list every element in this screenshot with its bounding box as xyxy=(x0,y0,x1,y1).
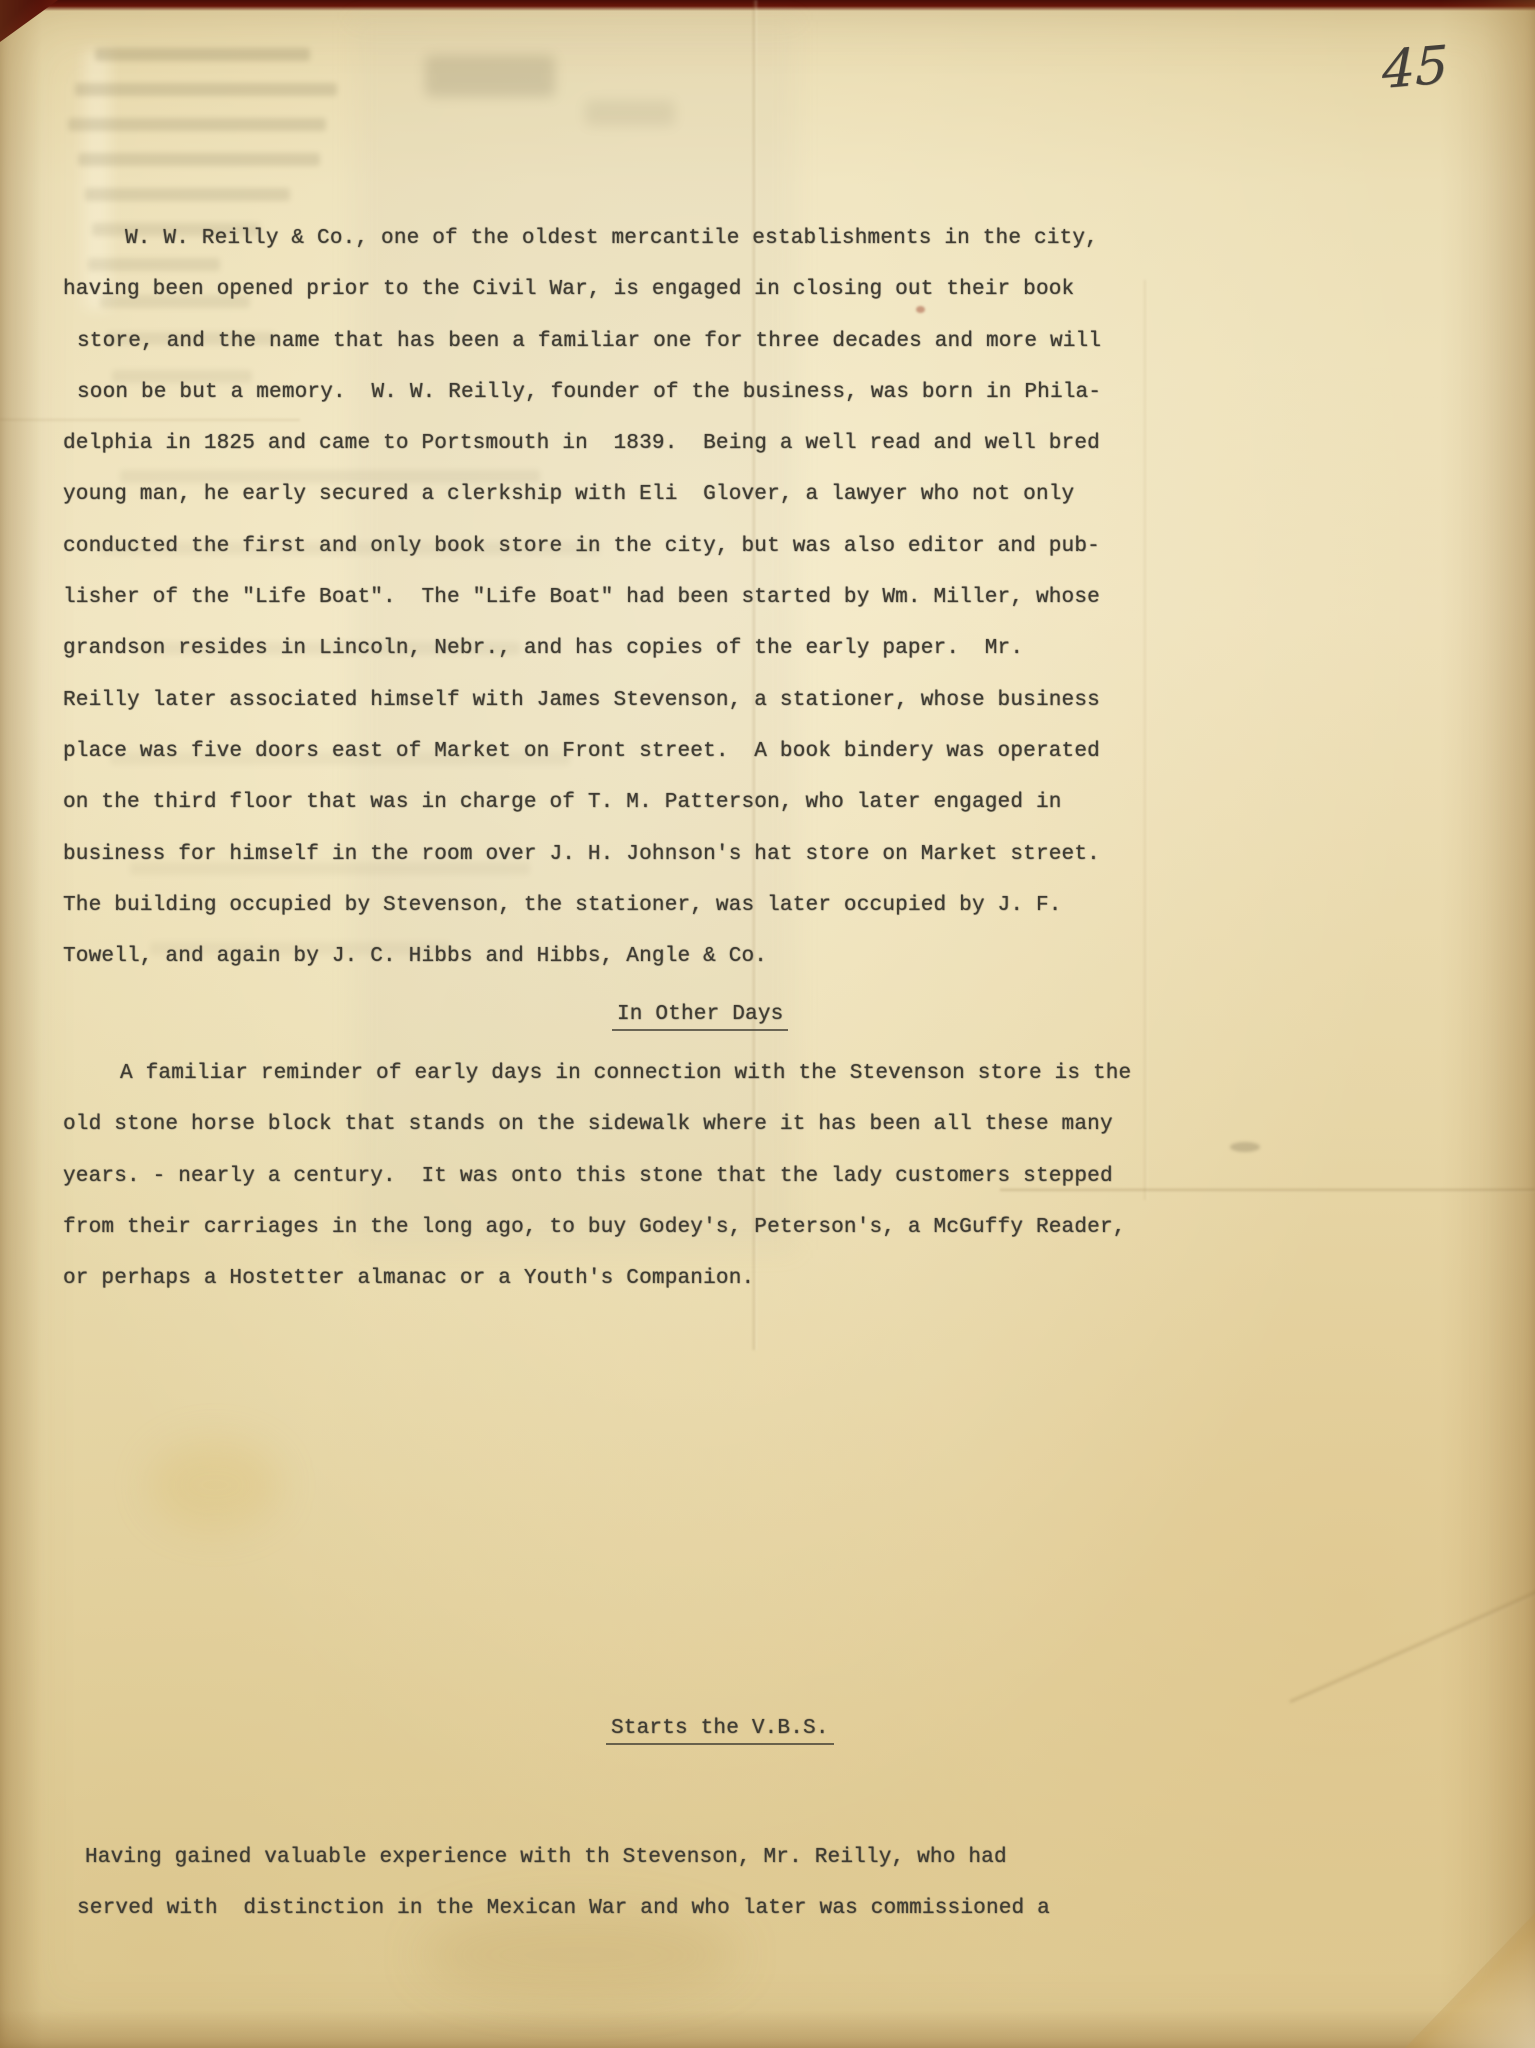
typewritten-line: delphia in 1825 and came to Portsmouth i… xyxy=(63,418,1483,469)
typewritten-line: on the third floor that was in charge of… xyxy=(63,777,1483,828)
bleed-through-text xyxy=(95,48,310,61)
typewritten-line: soon be but a memory. W. W. Reilly, foun… xyxy=(63,367,1483,418)
typewritten-line: Towell, and again by J. C. Hibbs and Hib… xyxy=(63,931,1483,982)
typewritten-line: lisher of the "Life Boat". The "Life Boa… xyxy=(63,572,1483,623)
typewritten-line: having been opened prior to the Civil Wa… xyxy=(63,264,1483,315)
bleed-through-smudge xyxy=(425,55,555,97)
typewritten-line: from their carriages in the long ago, to… xyxy=(63,1202,1483,1253)
typewritten-line: young man, he early secured a clerkship … xyxy=(63,469,1483,520)
typewritten-line: business for himself in the room over J.… xyxy=(63,829,1483,880)
section-heading-in-other-days: In Other Days xyxy=(612,1003,788,1031)
typewritten-line: years. - nearly a century. It was onto t… xyxy=(63,1151,1483,1202)
paragraph-1: W. W. Reilly & Co., one of the oldest me… xyxy=(63,213,1483,982)
bleed-through-text xyxy=(68,118,326,131)
typewritten-line: W. W. Reilly & Co., one of the oldest me… xyxy=(63,213,1483,264)
bleed-through-text xyxy=(75,83,337,96)
section-heading-starts-the-vbs: Starts the V.B.S. xyxy=(606,1717,834,1745)
paper-edge-shading-bottom xyxy=(0,2010,1535,2048)
bleed-through-smudge xyxy=(585,100,675,126)
photo-backdrop-top-edge xyxy=(0,0,1535,11)
typewritten-line: grandson resides in Lincoln, Nebr., and … xyxy=(63,623,1483,674)
typewritten-line: conducted the first and only book store … xyxy=(63,521,1483,572)
typewritten-line: served with distinction in the Mexican W… xyxy=(63,1883,1483,1934)
handwritten-page-number: 45 xyxy=(1382,35,1448,101)
typewritten-line: store, and the name that has been a fami… xyxy=(63,316,1483,367)
scanned-typewritten-page: 45 W. W. Reilly & Co., one of the oldest… xyxy=(0,0,1535,2048)
bleed-through-text xyxy=(85,188,290,201)
paragraph-3: Having gained valuable experience with t… xyxy=(63,1832,1483,1935)
paragraph-2: A familiar reminder of early days in con… xyxy=(63,1048,1483,1304)
paper-edge-shading-left xyxy=(0,0,42,2048)
typewritten-line: old stone horse block that stands on the… xyxy=(63,1099,1483,1150)
typewritten-line: place was five doors east of Market on F… xyxy=(63,726,1483,777)
typewritten-line: The building occupied by Stevenson, the … xyxy=(63,880,1483,931)
typewritten-line: A familiar reminder of early days in con… xyxy=(63,1048,1483,1099)
bleed-through-text xyxy=(78,153,320,166)
typewritten-line: or perhaps a Hostetter almanac or a Yout… xyxy=(63,1253,1483,1304)
typewritten-line: Reilly later associated himself with Jam… xyxy=(63,675,1483,726)
paper-stain xyxy=(150,1440,280,1530)
typewritten-line: Having gained valuable experience with t… xyxy=(63,1832,1483,1883)
